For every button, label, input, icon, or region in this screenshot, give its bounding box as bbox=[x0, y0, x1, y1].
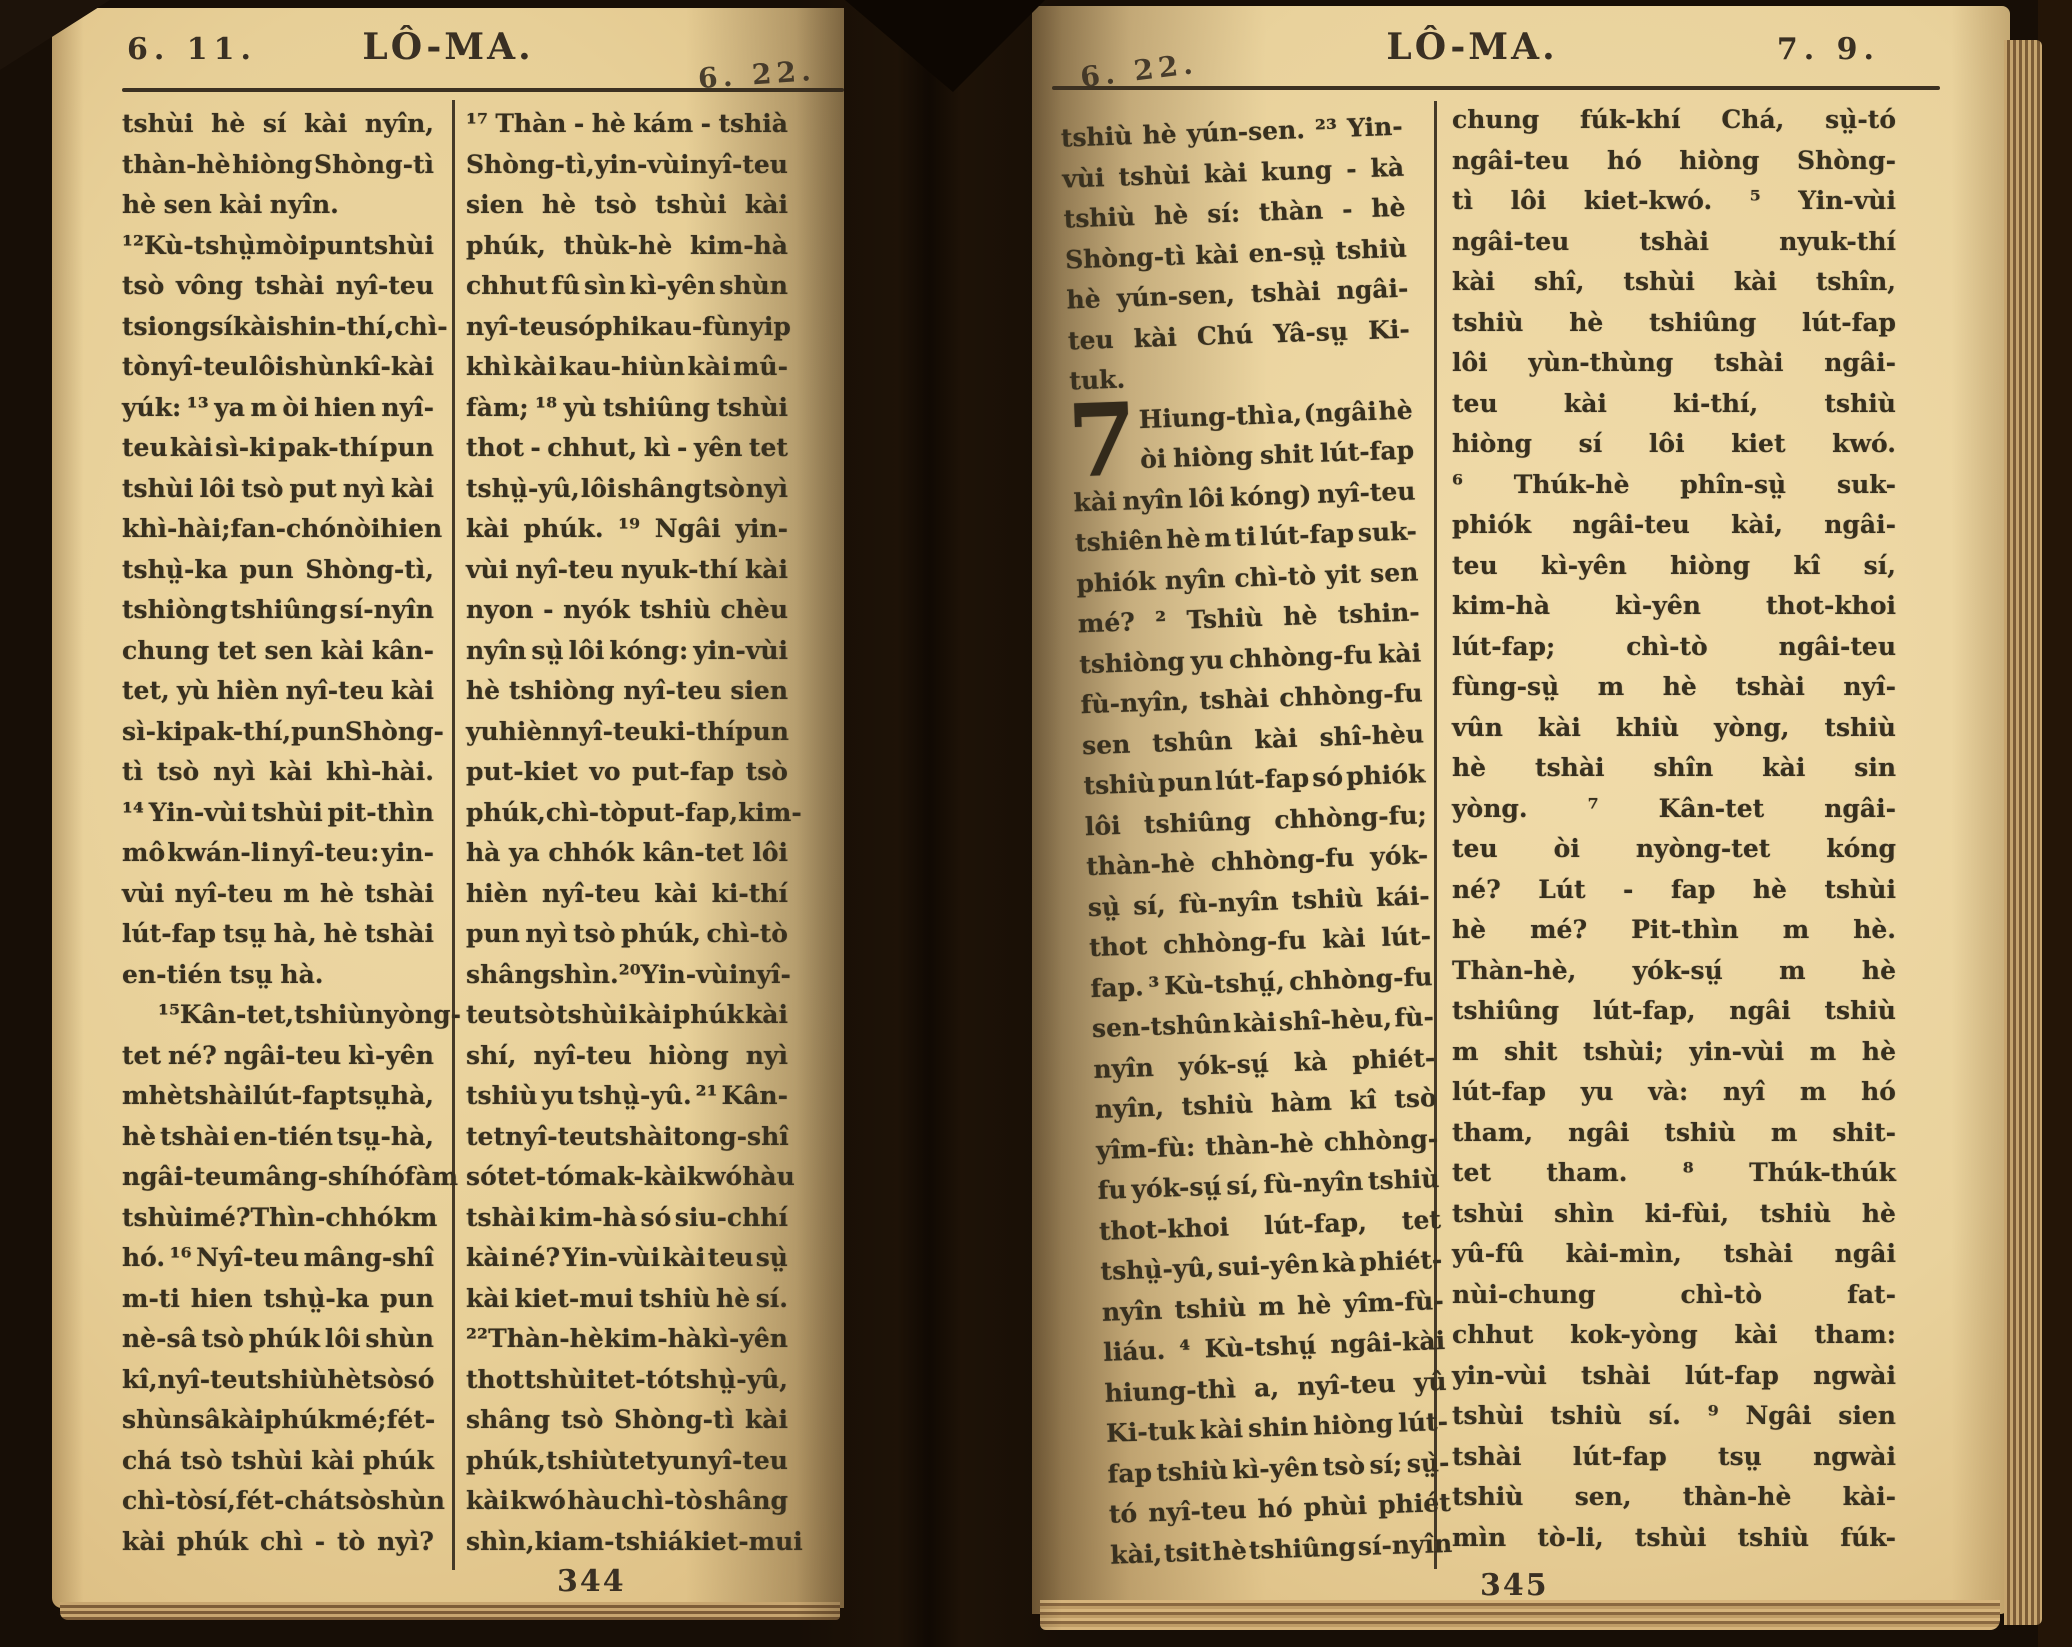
right-page-column-2: chungfúk-khíChá,sṳ̀-tóngâi-teuhóhiòngShò… bbox=[1452, 100, 1896, 1558]
text-line: nè-sâtsòphúklôishùn bbox=[122, 1319, 434, 1360]
text-line: thot-chhut,kì-yêntet bbox=[466, 428, 788, 469]
text-line: nùi-chungchì-tòfat- bbox=[1452, 1275, 1896, 1316]
left-page-number: 344 bbox=[557, 1564, 626, 1599]
text-line: sienhètsòtshùikài bbox=[466, 185, 788, 226]
text-line: fùng-sṳ̀mhètshàinyî- bbox=[1452, 667, 1896, 708]
text-line: chhutfûsìnkì-yênshùn bbox=[466, 266, 788, 307]
text-line: tshiûnglút-fap,ngâitshiù bbox=[1452, 991, 1896, 1032]
right-page-column-1: 7 tshiùhèyún-sen.²³Yin-vùitshùikàikung-k… bbox=[1060, 106, 1473, 1576]
right-page-running-title: LÔ-MA. bbox=[1272, 26, 1672, 68]
text-line: Shòng-tì,yin-vùinyî-teu bbox=[466, 145, 788, 186]
text-line: phúk,thùk-hèkim-hà bbox=[466, 226, 788, 267]
text-line: shângtsòShòng-tìkài bbox=[466, 1400, 788, 1441]
text-line: hèsenkàinyîn. bbox=[122, 185, 434, 226]
text-line: tshiùhètshiûnglút-fap bbox=[1452, 303, 1896, 344]
text-line: fàm;¹⁸yùtshiûngtshùi bbox=[466, 388, 788, 429]
text-line: hètshàien-tiéntsṳ-hà, bbox=[122, 1117, 434, 1158]
text-line: vùinyî-teumhètshài bbox=[122, 874, 434, 915]
text-line: sótet-tómak-kàikwóhàu bbox=[466, 1157, 788, 1198]
text-line: phúk,tshiùtetyunyî-teu bbox=[466, 1441, 788, 1482]
left-page-column-1: tshùihèsíkàinyîn,thàn-hèhiòngShòng-tìhès… bbox=[122, 104, 452, 1562]
text-line: ngâi-teuhóhiòngShòng- bbox=[1452, 141, 1896, 182]
text-line: hèmé?Pit-thìnmhè. bbox=[1452, 910, 1896, 951]
text-line: tìlôikiet-kwó.⁵Yin-vùi bbox=[1452, 181, 1896, 222]
text-line: tshṳ̀-yû,lôishângtsònyì bbox=[466, 469, 788, 510]
text-line: ¹⁷Thàn-hèkám-tshià bbox=[466, 104, 788, 145]
text-line: teuòinyòng-tetkóng bbox=[1452, 829, 1896, 870]
text-line: tsiongsíkàishin-thí,chì- bbox=[122, 307, 434, 348]
text-line: nyî-teusóphikau-fùnyip bbox=[466, 307, 788, 348]
text-line: tshàilút-faptsṳngwài bbox=[1452, 1437, 1896, 1478]
text-line: tshṳ̀-kapunShòng-tì, bbox=[122, 550, 434, 591]
text-line: chhutkok-yòngkàitham: bbox=[1452, 1315, 1896, 1356]
text-line: hó.¹⁶Nyî-teumâng-shî bbox=[122, 1238, 434, 1279]
right-page-header-rule bbox=[1052, 86, 1940, 90]
left-page-column-rule bbox=[452, 100, 455, 1570]
right-page-edge-stack bbox=[1040, 1600, 2000, 1630]
text-line: tshàikim-hàsósiu-chhí bbox=[466, 1198, 788, 1239]
right-page-number: 345 bbox=[1480, 1568, 1549, 1603]
text-line: thottshùitet-tótshṳ̀-yû, bbox=[466, 1360, 788, 1401]
text-line: put-kietvoput-faptsò bbox=[466, 752, 788, 793]
text-line: tshùilôitsòputnyìkài bbox=[122, 469, 434, 510]
text-line: tshùitshiùsí.⁹Ngâisien bbox=[1452, 1396, 1896, 1437]
left-page-header-rule bbox=[122, 88, 844, 92]
text-line: m-tihientshṳ̀-kapun bbox=[122, 1279, 434, 1320]
left-page-column-2: ¹⁷Thàn-hèkám-tshiàShòng-tì,yin-vùinyî-te… bbox=[466, 104, 788, 1562]
text-line: kim-hàkì-yênthot-khoi bbox=[1452, 586, 1896, 627]
text-line: tsòvôngtshàinyî-teu bbox=[122, 266, 434, 307]
text-line: kàishî,tshùikàitshîn, bbox=[1452, 262, 1896, 303]
text-line: nyînsṳ̀lôikóng:yin-vùi bbox=[466, 631, 788, 672]
text-line: kàiphúk.¹⁹Ngâiyin- bbox=[466, 509, 788, 550]
text-line: hàyachhókkân-tetlôi bbox=[466, 833, 788, 874]
right-page-chapter-verse-ref: 7. 9. bbox=[1777, 32, 1880, 67]
left-page: 6. 11. LÔ-MA. 6. 22. tshùihèsíkàinyîn,th… bbox=[52, 8, 844, 1608]
text-line: lút-fapyuvà:nyîmhó bbox=[1452, 1072, 1896, 1113]
text-line: Thàn-hè,yók-sṳ́mhè bbox=[1452, 951, 1896, 992]
text-line: hètshiòngnyî-teusien bbox=[466, 671, 788, 712]
text-line: tshiòngtshiûngsí-nyîn bbox=[122, 590, 434, 631]
text-line: hiòngsílôikietkwó. bbox=[1452, 424, 1896, 465]
text-line: chungtetsenkàikân- bbox=[122, 631, 434, 672]
chapter-7-dropcap: 7 bbox=[1066, 396, 1139, 484]
text-line: yúk:¹³yamòihiennyî- bbox=[122, 388, 434, 429]
text-line: mshittshùi;yin-vùimhè bbox=[1452, 1032, 1896, 1073]
text-line: tshùimé?Thìn-chhókm bbox=[122, 1198, 434, 1239]
text-line: yû-fûkài-mìn,tshàingâi bbox=[1452, 1234, 1896, 1275]
text-line: mìntò-li,tshùitshiùfúk- bbox=[1452, 1518, 1896, 1559]
text-line: teukàisì-kipak-thípun bbox=[122, 428, 434, 469]
text-line: tham,ngâitshiùmshit- bbox=[1452, 1113, 1896, 1154]
text-line: ngâi-teumâng-shíhófàm bbox=[122, 1157, 434, 1198]
text-line: ¹⁴Yin-vùitshùipit-thìn bbox=[122, 793, 434, 834]
text-line: phiókngâi-teukài,ngâi- bbox=[1452, 505, 1896, 546]
text-line: shângshìn.²⁰Yin-vùinyî- bbox=[466, 955, 788, 996]
text-line: tettham.⁸Thúk-thúk bbox=[1452, 1153, 1896, 1194]
text-line: ¹⁵Kân-tet,tshiùnyòng- bbox=[122, 995, 434, 1036]
text-line: lút-faptsṳhà,hètshài bbox=[122, 914, 434, 955]
text-line: nyon-nyóktshiùchèu bbox=[466, 590, 788, 631]
text-line: né?Lút-faphètshùi bbox=[1452, 870, 1896, 911]
text-line: ngâi-teutshàinyuk-thí bbox=[1452, 222, 1896, 263]
text-line: thàn-hèhiòngShòng-tì bbox=[122, 145, 434, 186]
text-line: ²²Thàn-hèkim-hàkì-yên bbox=[466, 1319, 788, 1360]
text-line: khì-hài;fan-chónòihien bbox=[122, 509, 434, 550]
right-page: 6. 22. LÔ-MA. 7. 9. 7 tshiùhèyún-sen.²³Y… bbox=[1032, 6, 2010, 1614]
text-line: vùinyî-teunyuk-thíkài bbox=[466, 550, 788, 591]
text-line: hètshàishînkàisin bbox=[1452, 748, 1896, 789]
text-line: en-tiéntsṳhà. bbox=[122, 955, 434, 996]
text-line: kàiphúkchì-tònyì? bbox=[122, 1522, 434, 1563]
text-line: ⁶Thúk-hèphîn-sṳ̀suk- bbox=[1452, 465, 1896, 506]
book-spread-photo: { "book": { "left_page": { "header_left"… bbox=[0, 0, 2072, 1647]
text-line: ¹²Kù-tshṳ̀mòipuntshùi bbox=[122, 226, 434, 267]
text-line: punnyìtsòphúk,chì-tò bbox=[466, 914, 788, 955]
text-line: yòng.⁷Kân-tetngâi- bbox=[1452, 789, 1896, 830]
text-line: yuhiènnyî-teuki-thípun bbox=[466, 712, 788, 753]
text-line: shí,nyî-teuhiòngnyì bbox=[466, 1036, 788, 1077]
text-line: tìtsònyìkàikhì-hài. bbox=[122, 752, 434, 793]
text-line: kî,nyî-teutshiùhètsòsó bbox=[122, 1360, 434, 1401]
text-line: chì-tòsí,fét-chátsòshùn bbox=[122, 1481, 434, 1522]
text-line: sì-kipak-thí,punShòng- bbox=[122, 712, 434, 753]
text-line: teukì-yênhiòngkîsí, bbox=[1452, 546, 1896, 587]
text-line: tshùishìnki-fùi,tshiùhè bbox=[1452, 1194, 1896, 1235]
text-line: shìn,kiam-tshiákiet-mui bbox=[466, 1522, 788, 1563]
text-line: tet,yùhiènnyî-teukài bbox=[122, 671, 434, 712]
text-line: tshiùsen,thàn-hèkài- bbox=[1452, 1477, 1896, 1518]
text-line: kàikwóhàuchì-tòshâng bbox=[466, 1481, 788, 1522]
text-line: kàiné?Yin-vùikàiteusṳ̀ bbox=[466, 1238, 788, 1279]
text-line: phúk,chì-tòput-fap,kim- bbox=[466, 793, 788, 834]
text-line: môkwán-linyî-teu:yin- bbox=[122, 833, 434, 874]
book-cover-edge bbox=[2038, 0, 2072, 1647]
text-line: tshiùyutshṳ̀-yû.²¹Kân- bbox=[466, 1076, 788, 1117]
text-line: tònyî-teulôishùnkî-kài bbox=[122, 347, 434, 388]
text-line: yin-vùitshàilút-fapngwài bbox=[1452, 1356, 1896, 1397]
text-line: khìkàikau-hiùnkàimû- bbox=[466, 347, 788, 388]
text-line: chátsòtshùikàiphúk bbox=[122, 1441, 434, 1482]
text-line: lôiyùn-thùngtshàingâi- bbox=[1452, 343, 1896, 384]
gutter-top-notch bbox=[845, 0, 1045, 92]
text-line: tetnyî-teutshàitong-shî bbox=[466, 1117, 788, 1158]
text-line: lút-fap;chì-tòngâi-teu bbox=[1452, 627, 1896, 668]
text-line: mhètshàilút-faptsṳhà, bbox=[122, 1076, 434, 1117]
text-line: chungfúk-khíChá,sṳ̀-tó bbox=[1452, 100, 1896, 141]
text-line: tshùihèsíkàinyîn, bbox=[122, 104, 434, 145]
left-page-edge-stack bbox=[60, 1602, 840, 1620]
text-line: shùnsâkàiphúkmé;fét- bbox=[122, 1400, 434, 1441]
text-line: kàikiet-muitshiùhèsí. bbox=[466, 1279, 788, 1320]
fore-edge-stack bbox=[2004, 40, 2042, 1625]
text-line: hiènnyî-teukàiki-thí bbox=[466, 874, 788, 915]
text-line: teutsòtshùikàiphúkkài bbox=[466, 995, 788, 1036]
text-line: vûnkàikhiùyòng,tshiù bbox=[1452, 708, 1896, 749]
text-line: teukàiki-thí,tshiù bbox=[1452, 384, 1896, 425]
text-line: tetné?ngâi-teukì-yên bbox=[122, 1036, 434, 1077]
